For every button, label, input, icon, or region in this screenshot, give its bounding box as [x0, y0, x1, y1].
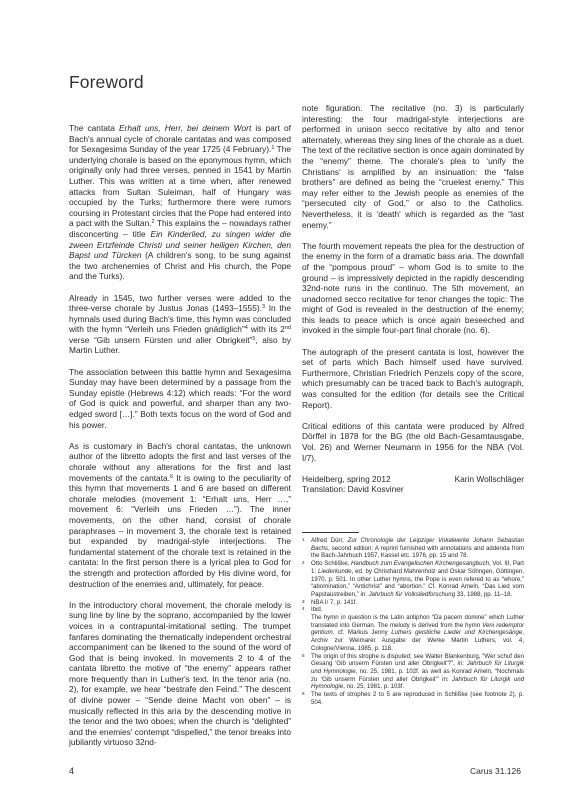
footnote-number: 4 [302, 605, 305, 613]
footnote-number: 1 [302, 536, 305, 544]
paragraph-libretto: As is customary in Bach's choral cantata… [69, 441, 291, 589]
text-run: The cantata [69, 123, 119, 133]
footnote-number: 2 [302, 559, 305, 567]
paragraph-critical-editions: Critical editions of this cantata were p… [302, 421, 524, 463]
author-name: Karin Wollschläger [455, 474, 524, 485]
ordinal-suffix: nd [285, 325, 291, 331]
paragraph-verses: Already in 1545, two further verses were… [69, 293, 291, 357]
translator-credit: Translation: David Kosviner [302, 484, 524, 495]
footnote-number: 5 [302, 652, 305, 660]
paragraph-association: The association between this battle hymn… [69, 367, 291, 431]
text-run: Alfred Dürr, [311, 537, 348, 544]
paragraph-recitative: note figuration. The recitative (no. 3) … [302, 103, 524, 230]
text-run: 33, 1988, pp. 11–18. [455, 591, 512, 598]
footnote-5: 5The origin of this strophe is disputed;… [302, 653, 524, 692]
text-run: Already in 1545, two further verses were… [69, 293, 291, 314]
text-run: The texts of strophes 2 to 5 are reprodu… [311, 691, 524, 706]
footnote-2: 2Otto Schlißke, Handbuch zum Evangelisch… [302, 560, 524, 599]
signature-block: Heidelberg, spring 2012 Karin Wollschläg… [302, 474, 524, 495]
text-run: Otto Schlißke, [311, 560, 351, 567]
footnote-4: 4Ibid. [302, 606, 524, 614]
place-date: Heidelberg, spring 2012 [302, 474, 391, 485]
footnote-divider [302, 532, 359, 533]
catalog-number: Carus 31.126 [470, 766, 521, 776]
paragraph-autograph: The autograph of the present cantata is … [302, 347, 524, 411]
journal-title: Jahrbuch für Volksliedforschung [369, 591, 456, 598]
text-run: It is owing to the peculiarity of this h… [69, 473, 291, 589]
book-title: Liederkunde [318, 568, 352, 575]
text-run: The underlying chorale is based on the e… [69, 144, 291, 228]
paragraph-introductory-movement: In the introductory choral movement, the… [69, 600, 291, 748]
book-title: Luthers geistliche Lieder und Kirchenges… [391, 629, 522, 636]
text-run: Ibid. [311, 606, 323, 613]
left-column: The cantata Erhalt uns, Herr, bei deinem… [69, 123, 291, 759]
paragraph-intro: The cantata Erhalt uns, Herr, bei deinem… [69, 123, 291, 282]
paragraph-fourth-movement: The fourth movement repeats the plea for… [302, 241, 524, 336]
book-title: Handbuch zum Evangelischen Kirchengesang… [351, 560, 489, 567]
footnote-number: 6 [302, 690, 305, 698]
footnote-4-continued: The hymn in question is the Latin antiph… [302, 614, 524, 653]
text-run: with its 2 [248, 324, 285, 334]
right-column: note figuration. The recitative (no. 3) … [302, 103, 524, 495]
footnote-3: 3NBA I/ 7, p. 141f. [302, 599, 524, 607]
footnote-6: 6The texts of strophes 2 to 5 are reprod… [302, 691, 524, 706]
footnote-number: 3 [302, 598, 305, 606]
page-title: Foreword [69, 72, 144, 93]
text-run: , cf. Markus Jenny [333, 629, 392, 636]
text-run: , second edition: A reprint furnished wi… [311, 545, 524, 560]
text-run: NBA I/ 7, p. 141f. [311, 599, 357, 606]
footnote-1: 1Alfred Dürr, Zur Chronologie der Leipzi… [302, 537, 524, 560]
text-run: , no. 25, 1981, p. 103f. [343, 683, 404, 690]
footnotes: 1Alfred Dürr, Zur Chronologie der Leipzi… [302, 537, 524, 706]
document-page: Foreword The cantata Erhalt uns, Herr, b… [0, 0, 575, 800]
text-run: verse “Gib unsern Fürsten und aller Obri… [69, 335, 252, 345]
cantata-title: Erhalt uns, Herr, bei deinem Wort [119, 123, 251, 133]
page-number: 4 [69, 766, 74, 776]
